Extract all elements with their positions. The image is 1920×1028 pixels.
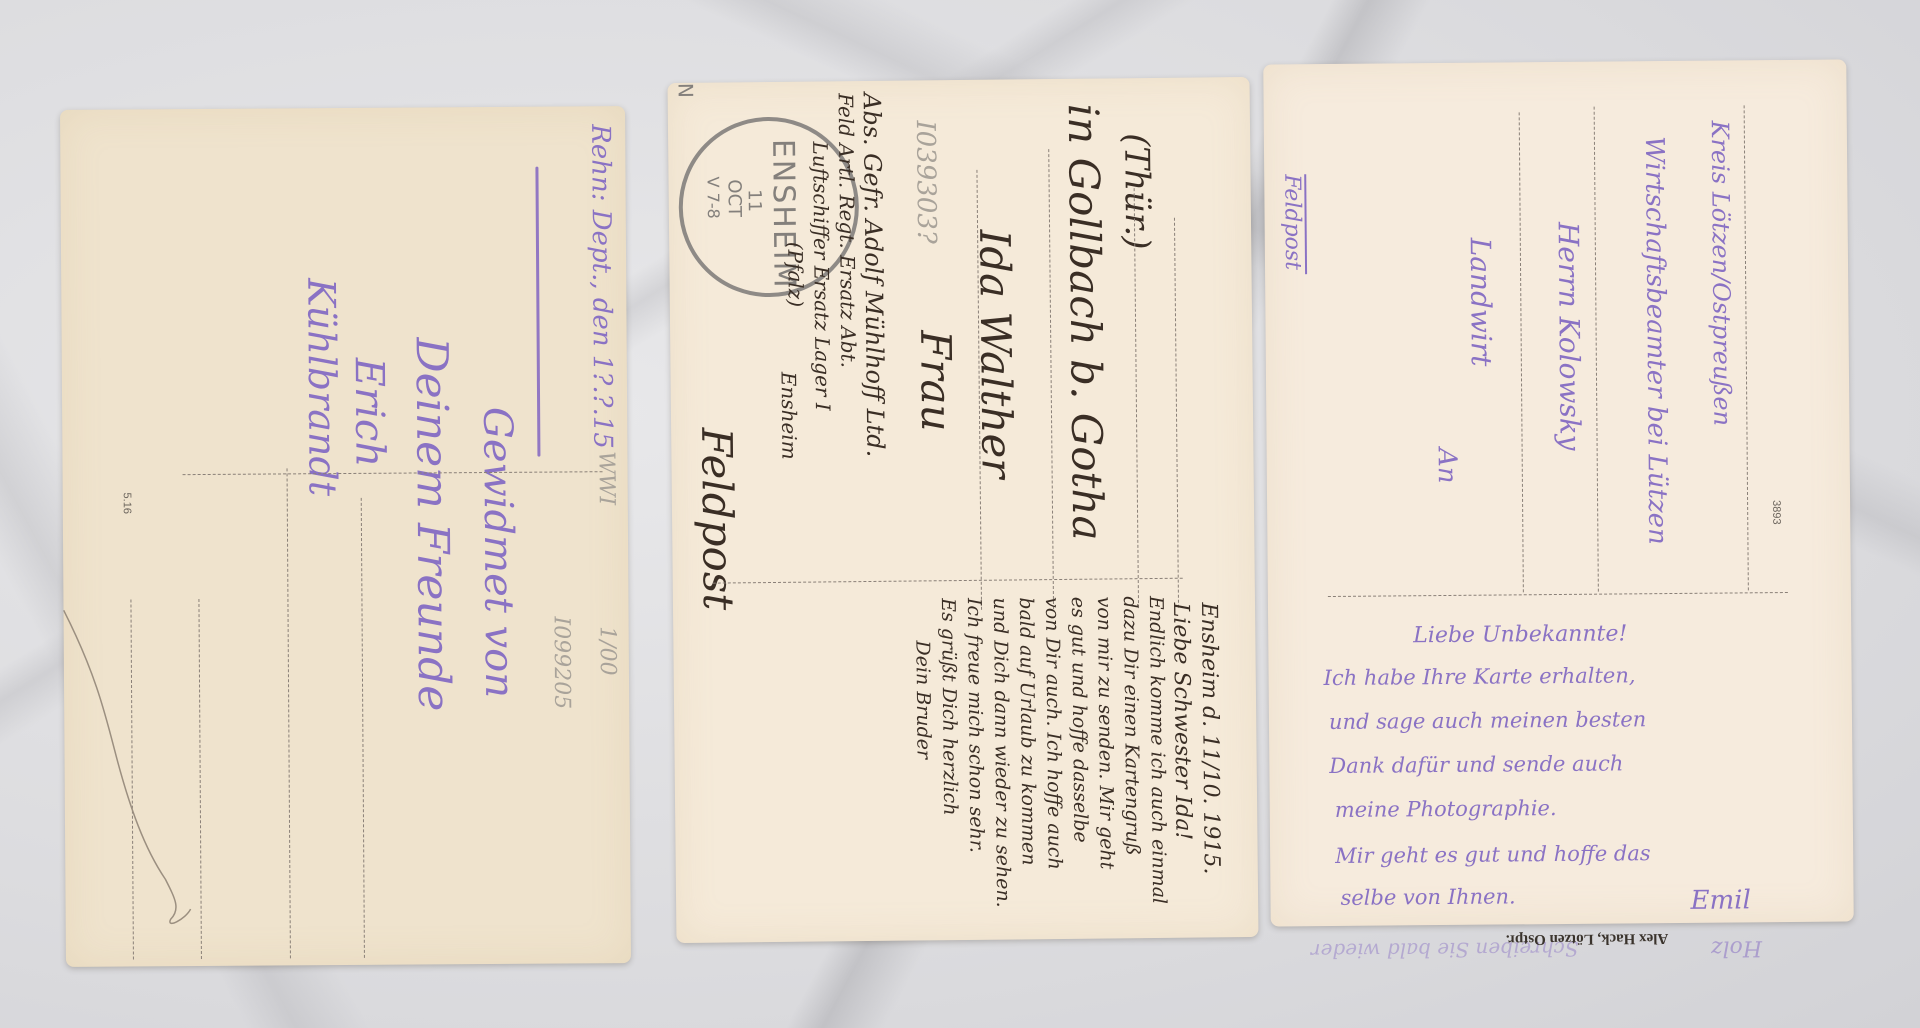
sender-line-1: Abs. Gefr. Adolf Mühlhoff Ltd. xyxy=(858,93,890,458)
message-line-4: meine Photographie. xyxy=(1335,796,1557,822)
postcard-middle: ENSHEIM 11 OCT V 7-8 N Abs. Gefr. Adolf … xyxy=(668,77,1259,943)
card-left-pencil-wwi: WWI xyxy=(593,451,618,505)
message-line-3: Dank dafür und sende auch xyxy=(1329,751,1623,778)
card-left-address-line-4 xyxy=(361,498,365,958)
postmark-month: OCT xyxy=(724,179,745,217)
recipient-prefix: An xyxy=(1432,448,1462,484)
message-line-6: bald auf Urlaub zu kommen xyxy=(1015,597,1040,865)
message-line-4: es gut und hoffe dasselbe xyxy=(1067,597,1092,843)
sender-line-3: Luftschiffer Ersatz Lager I xyxy=(808,141,835,410)
card-right-divider xyxy=(1328,592,1788,597)
card-right-feldpost: Feldpost xyxy=(1279,174,1305,270)
message-line-9: Es grüßt Dich herzlich xyxy=(937,598,961,816)
recipient-district: Kreis Lötzen/Ostpreußen xyxy=(1706,120,1737,426)
card-left-header-line: Rehn: Dept., den 1?.?.15 xyxy=(585,124,617,449)
sender-line-5: Ensheim xyxy=(777,372,802,460)
recipient-occupation: Landwirt xyxy=(1464,238,1498,367)
signature-last-name: Holz xyxy=(1711,935,1762,960)
message-line-7: und Dich dann wieder zu sehen. xyxy=(989,598,1014,908)
card-left-pencil-price: 1/00 xyxy=(595,626,620,676)
card-left-text-line-3: Erich xyxy=(346,358,393,468)
postmark-prefix: N xyxy=(674,83,698,98)
message-line-5: von Dir auch. Ich hoffe auch xyxy=(1041,597,1066,870)
message-line-1: Endlich komme ich auch einmal xyxy=(1145,596,1170,904)
card-right-feldpost-underline xyxy=(1304,174,1306,274)
message-line-5: Mir geht es gut und hoffe das xyxy=(1335,841,1651,868)
card-right-print-number: 3893 xyxy=(1770,500,1782,525)
signature-first-name: Emil xyxy=(1690,885,1751,916)
card-left-print-number: 5.16 xyxy=(121,492,133,514)
message-header: Ensheim d. 11/10. 1915. xyxy=(1196,602,1224,874)
card-left-pencil-id: I099205 xyxy=(549,616,575,709)
card-middle-divider xyxy=(713,578,1183,584)
card-left-text-line-2: Deinem Freunde xyxy=(406,337,460,711)
message-salutation: Liebe Schwester Ida! xyxy=(1168,603,1195,841)
postmark-day: 11 xyxy=(744,189,765,212)
pencil-scribble-icon xyxy=(64,609,227,970)
message-line-6: selbe von Ihnen. xyxy=(1340,884,1515,910)
sender-line-4: (Pfalz) xyxy=(783,242,808,308)
address-line-2 xyxy=(1048,149,1054,609)
publisher-imprint: Alex Hack, Lötzen Ostpr. xyxy=(1506,929,1669,947)
recipient-town: in Gollbach b. Gotha xyxy=(1059,103,1113,540)
recipient-name: Herrn Kolowsky xyxy=(1552,222,1587,451)
card-left-text-line-4: Kühlbrandt xyxy=(299,278,345,496)
recipient-title: Frau xyxy=(911,330,961,432)
message-line-10: Dein Bruder xyxy=(911,640,934,759)
postmark-time: V 7-8 xyxy=(703,177,722,219)
sender-line-2: Feld Artl. Regt. Ersatz Abt. xyxy=(834,93,861,368)
recipient-region: (Thür.) xyxy=(1116,133,1157,250)
address-line-3 xyxy=(1744,105,1749,590)
message-line-2: und sage auch meinen besten xyxy=(1329,707,1646,734)
message-line-3: von mir zu senden. Mir geht xyxy=(1093,596,1118,869)
card-left-divider xyxy=(183,471,603,475)
recipient-street: Wirtschaftsbeamter bei Lützen xyxy=(1639,136,1673,545)
address-line-2 xyxy=(1594,107,1599,592)
message-line-1: Ich habe Ihre Karte erhalten, xyxy=(1324,663,1636,690)
address-line-4 xyxy=(1174,218,1179,608)
postcard-right: Feldpost An Landwirt Herrn Kolowsky Wirt… xyxy=(1263,59,1854,926)
postcard-left: Rehn: Dept., den 1?.?.15 Gewidmet von De… xyxy=(60,106,631,967)
message-line-8: Ich freue mich schon sehr. xyxy=(963,598,988,853)
card-left-text-line-1: Gewidmet von xyxy=(474,407,522,698)
message-line-2: dazu Dir einen Kartengruß xyxy=(1119,596,1144,855)
card-left-address-line-3 xyxy=(287,468,291,958)
address-line-1 xyxy=(1519,112,1524,592)
message-salutation: Liebe Unbekannte! xyxy=(1413,621,1627,648)
card-left-underline xyxy=(535,167,540,457)
card-middle-pencil-id: I039303? xyxy=(910,120,941,244)
address-line-3 xyxy=(1134,188,1139,608)
